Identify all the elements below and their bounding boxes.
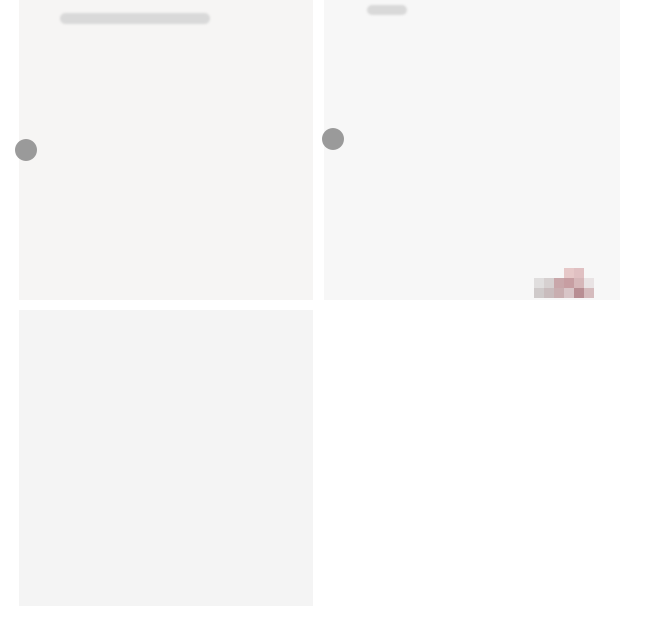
notice-image-3[interactable]: [19, 310, 313, 606]
redacted-company-name: [60, 13, 210, 24]
redacted-company-name: [367, 5, 407, 15]
notice-2-paragraph: [342, 0, 610, 24]
prev-arrow-button[interactable]: [322, 128, 344, 150]
notice-1-text: [37, 6, 305, 30]
notice-2-text: [342, 0, 610, 24]
notice-1-paragraph: [37, 6, 305, 30]
redacted-seal: [534, 268, 604, 298]
prev-arrow-button[interactable]: [15, 139, 37, 161]
notice-image-1[interactable]: [19, 0, 313, 300]
notice-image-2[interactable]: [324, 0, 620, 300]
